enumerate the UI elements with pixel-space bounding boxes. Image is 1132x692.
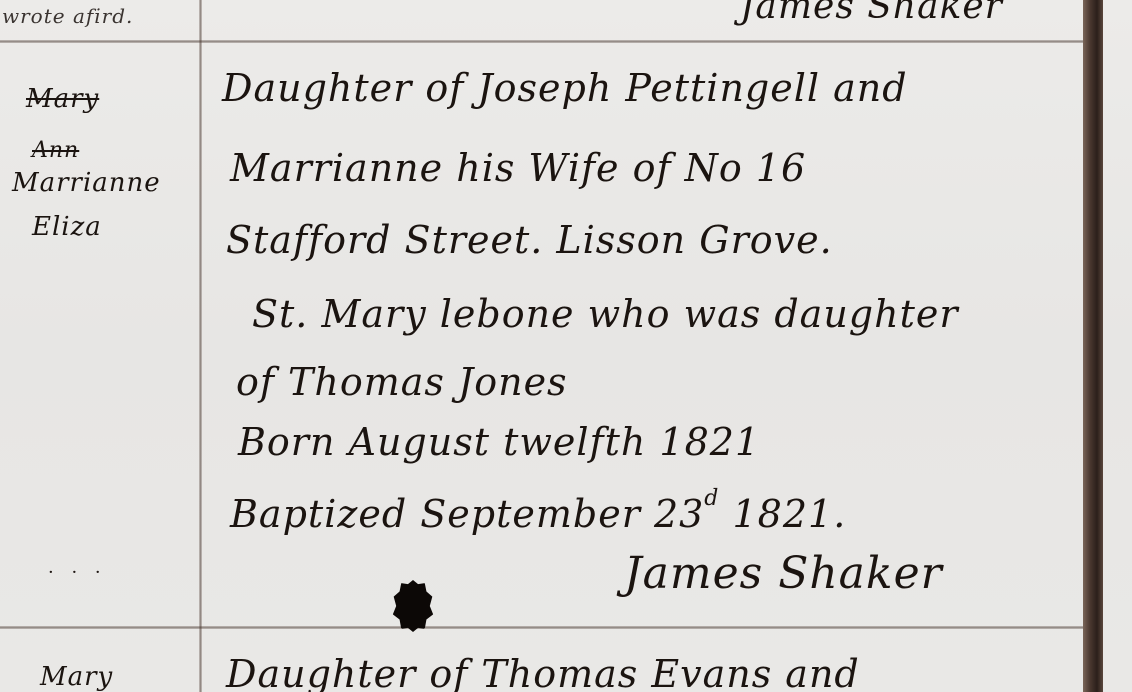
top-entry-divider — [0, 40, 1083, 43]
entry-line-3: Stafford Street. Lisson Grove. — [226, 218, 833, 262]
entry-line-born: Born August twelfth 1821 — [238, 420, 760, 464]
margin-dots: · · · — [48, 562, 107, 583]
margin-column-rule — [199, 0, 202, 692]
baptized-year: 1821. — [732, 492, 846, 536]
date-suffix: d — [704, 486, 719, 511]
register-page: wrote afird. James Shaker Mary Ann Marri… — [0, 0, 1132, 692]
entry-line-1: Daughter of Joseph Pettingell and — [222, 66, 908, 110]
margin-struck-name-mary: Mary — [26, 84, 99, 114]
entry-line-5: of Thomas Jones — [236, 360, 568, 404]
bottom-entry-divider — [0, 626, 1083, 629]
entry-line-2: Marrianne his Wife of No 16 — [230, 146, 806, 190]
entry-line-baptized: Baptized September 23d 1821. — [230, 486, 846, 536]
previous-signature: James Shaker — [740, 0, 1003, 27]
next-margin-fragment: Mary — [40, 662, 113, 692]
page-binding-edge — [1083, 0, 1103, 692]
next-entry-line-1: Daughter of Thomas Evans and — [226, 652, 860, 692]
margin-name-eliza: Eliza — [32, 212, 102, 242]
margin-struck-name-ann: Ann — [32, 138, 79, 163]
officiant-signature: James Shaker — [624, 548, 943, 599]
entry-line-4: St. Mary lebone who was daughter — [252, 292, 959, 336]
previous-margin-fragment: wrote afird. — [2, 4, 133, 28]
wax-seal-blot — [392, 580, 434, 632]
baptized-date: Baptized September 23 — [230, 492, 704, 536]
margin-name-marrianne: Marrianne — [12, 168, 161, 198]
